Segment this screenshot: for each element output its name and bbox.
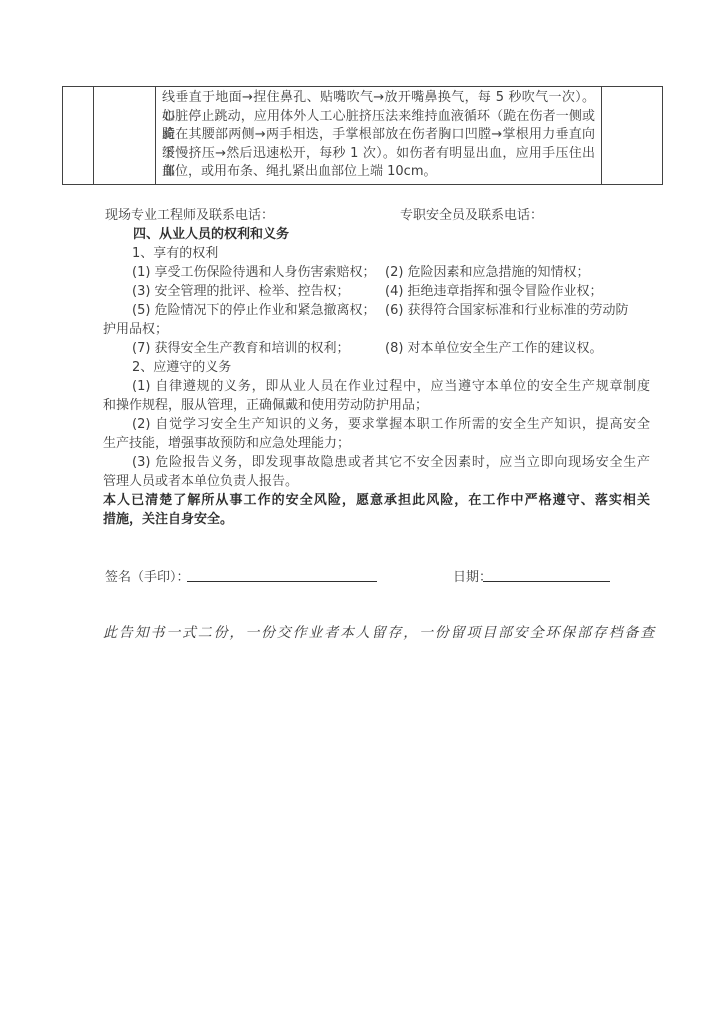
rights-item: (8) 对本单位安全生产工作的建议权。 [385, 339, 603, 358]
rights-title: 1、享有的权利 [103, 244, 650, 263]
table-cell-tail [602, 87, 662, 184]
risk-declaration-line: 措施，关注自身安全。 [103, 510, 650, 529]
table-content-line: 部位，或用布条、绳扎紧出血部位上端 10cm。 [162, 163, 595, 182]
rights-item: (4) 拒绝违章指挥和强令冒险作业权； [385, 282, 603, 301]
duty-item-line: 和操作规程，服从管理，正确佩戴和使用劳动防护用品； [103, 396, 650, 415]
body-text: 现场专业工程师及联系电话： 专职安全员及联系电话： 四、从业人员的权利和义务 1… [103, 206, 650, 529]
signature-fill-line[interactable] [187, 566, 377, 582]
rights-item: (2) 危险因素和应急措施的知情权； [385, 263, 590, 282]
table-cell-number [63, 87, 94, 184]
document-page: 线垂直于地面→捏住鼻孔、贴嘴吹气→放开嘴鼻换气，每 5 秒吹气一次）。如 心脏停… [0, 0, 724, 1024]
rights-item: (5) 危险情况下的停止作业和紧急撤离权； [132, 301, 376, 320]
duty-item-line: 生产技能，增强事故预防和应急处理能力； [103, 434, 650, 453]
date-fill-line[interactable] [483, 566, 610, 582]
signature-label: 签名（手印）： [105, 566, 190, 585]
section-heading: 四、从业人员的权利和义务 [103, 225, 650, 244]
rights-item-continuation: 护用品权； [103, 320, 650, 339]
safety-officer-contact-label: 专职安全员及联系电话： [400, 206, 543, 225]
rights-item: (7) 获得安全生产教育和培训的权利； [132, 339, 350, 358]
engineer-contact-label: 现场专业工程师及联系电话： [105, 206, 274, 225]
table-cell-content: 线垂直于地面→捏住鼻孔、贴嘴吹气→放开嘴鼻换气，每 5 秒吹气一次）。如 心脏停… [156, 87, 602, 184]
rights-item-row: (3) 安全管理的批评、检举、控告权； (4) 拒绝违章指挥和强令冒险作业权； [103, 282, 650, 301]
risk-declaration-line: 本人已清楚了解所从事工作的安全风险，愿意承担此风险，在工作中严格遵守、落实相关 [103, 491, 650, 510]
duty-item-line: (1) 自律遵规的义务，即从业人员在作业过程中，应当遵守本单位的安全生产规章制度 [103, 377, 650, 396]
copies-note: 此告知书一式二份，一份交作业者本人留存，一份留项目部安全环保部存档备查 [103, 622, 656, 642]
table-content-line: 缓慢挤压→然后迅速松开，每秒 1 次）。如伤者有明显出血，应用手压住出血 [162, 145, 595, 164]
duties-title: 2、应遵守的义务 [103, 358, 650, 377]
duty-item-line: 管理人员或者本单位负责人报告。 [103, 472, 650, 491]
duty-item-line: (2) 自觉学习安全生产知识的义务，要求掌握本职工作所需的安全生产知识，提高安全 [103, 415, 650, 434]
table-cell-label [94, 87, 156, 184]
contacts-row: 现场专业工程师及联系电话： 专职安全员及联系电话： [103, 206, 650, 225]
table-content-line: 心脏停止跳动，应用体外人工心脏挤压法来维持血液循环（跪在伤者一侧或骑 [162, 108, 595, 127]
rights-item-row: (7) 获得安全生产教育和培训的权利； (8) 对本单位安全生产工作的建议权。 [103, 339, 650, 358]
rights-item: (3) 安全管理的批评、检举、控告权； [132, 282, 350, 301]
table-content-line: 线垂直于地面→捏住鼻孔、贴嘴吹气→放开嘴鼻换气，每 5 秒吹气一次）。如 [162, 89, 595, 108]
first-aid-table: 线垂直于地面→捏住鼻孔、贴嘴吹气→放开嘴鼻换气，每 5 秒吹气一次）。如 心脏停… [62, 86, 663, 185]
rights-item-row: (1) 享受工伤保险待遇和人身伤害索赔权； (2) 危险因素和应急措施的知情权； [103, 263, 650, 282]
rights-item: (6) 获得符合国家标准和行业标准的劳动防 [385, 301, 629, 320]
duty-item-line: (3) 危险报告义务，即发现事故隐患或者其它不安全因素时，应当立即向现场安全生产 [103, 453, 650, 472]
rights-item-row: (5) 危险情况下的停止作业和紧急撤离权； (6) 获得符合国家标准和行业标准的… [103, 301, 650, 320]
rights-item: (1) 享受工伤保险待遇和人身伤害索赔权； [132, 263, 376, 282]
table-content-line: 跪在其腰部两侧→两手相迭，手掌根部放在伤者胸口凹膛→掌根用力垂直向下 [162, 126, 595, 145]
